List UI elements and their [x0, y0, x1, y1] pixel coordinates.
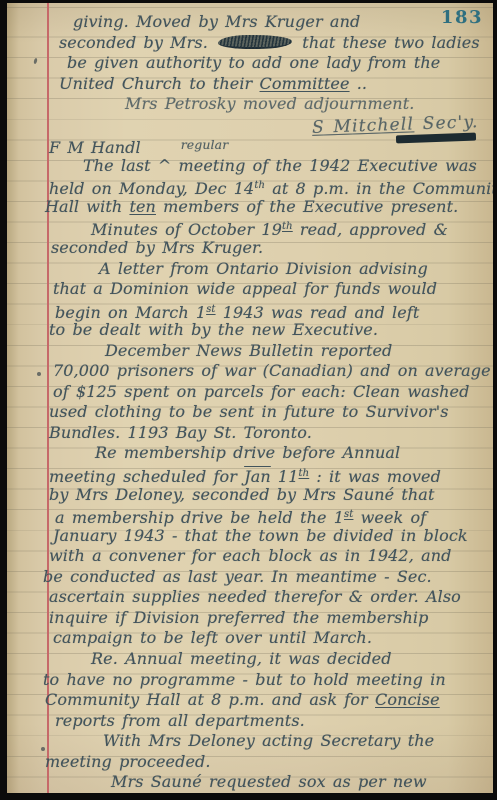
- handwriting-line: 70,000 prisoners of war (Canadian) and o…: [7, 361, 493, 382]
- handwriting-text: be given authority to add one lady from …: [67, 53, 440, 72]
- handwriting-text: th: [254, 180, 265, 191]
- handwriting-lines: giving. Moved by Mrs Kruger andseconded …: [7, 3, 493, 793]
- handwriting-line: Re membership drive before Annual: [7, 443, 493, 464]
- handwriting-text: inquire if Division preferred the member…: [49, 608, 428, 627]
- handwriting-line: Mrs Petrosky moved adjournment.: [7, 94, 493, 115]
- handwriting-line: The last ^ meeting of the 1942 Executive…: [7, 156, 493, 177]
- scratched-out-name: [218, 35, 292, 49]
- handwriting-text: begin on March 1: [55, 303, 206, 322]
- handwriting-text: of $125 spent on parcels for each: Clean…: [53, 382, 469, 401]
- handwriting-text: meeting proceeded.: [45, 752, 211, 771]
- handwriting-line: to have no programme - but to hold meeti…: [7, 670, 493, 691]
- handwriting-text: Mrs Sauné requested sox as per new: [111, 772, 427, 791]
- handwriting-text: at 8 p.m. in the Community: [265, 179, 493, 198]
- handwriting-line: Mrs Sauné requested sox as per new: [7, 772, 493, 793]
- handwriting-text: Concise: [375, 690, 440, 709]
- handwriting-text: meeting scheduled for: [49, 467, 244, 486]
- handwriting-text: Re. Annual meeting, it was decided: [91, 649, 392, 668]
- handwriting-text: Mrs Petrosky moved adjournment.: [125, 94, 414, 113]
- handwriting-text: Minutes of October 19: [91, 220, 282, 239]
- handwriting-text: A letter from Ontario Division advising: [99, 259, 428, 278]
- ink-speck: [37, 372, 41, 376]
- handwriting-line: seconded by Mrs Kruger.: [7, 238, 493, 259]
- handwriting-line: that a Dominion wide appeal for funds wo…: [7, 279, 493, 300]
- handwriting-text: ..: [350, 74, 368, 93]
- handwriting-text: th: [282, 221, 293, 232]
- handwriting-text: giving. Moved by Mrs Kruger and: [73, 12, 360, 31]
- handwriting-line: reports from all departments.: [7, 711, 493, 732]
- handwriting-text: S Mitchell: [312, 114, 415, 138]
- handwriting-text: used clothing to be sent in future to Su…: [49, 402, 449, 421]
- handwriting-line: Hall with ten members of the Executive p…: [7, 197, 493, 218]
- handwriting-text: ten: [129, 197, 156, 216]
- handwriting-text: Re membership drive before Annual: [95, 443, 400, 462]
- handwriting-text: January 1943 - that the town be divided …: [53, 526, 468, 545]
- handwriting-text: Sec'y.: [414, 112, 479, 134]
- handwriting-line: With Mrs Deloney acting Secretary the: [7, 731, 493, 752]
- ledger-paper: 183 giving. Moved by Mrs Kruger andsecon…: [7, 3, 493, 793]
- handwriting-text: 70,000 prisoners of war (Canadian) and o…: [53, 361, 491, 380]
- ink-speck: [41, 747, 45, 751]
- handwriting-text: reports from all departments.: [55, 711, 305, 730]
- handwriting-line: used clothing to be sent in future to Su…: [7, 402, 493, 423]
- handwriting-text: with a convener for each block as in 194…: [49, 546, 451, 565]
- handwriting-text: Jan: [244, 467, 271, 486]
- handwriting-text: 11: [271, 467, 299, 486]
- handwriting-text: Community Hall at 8 p.m. and ask for: [45, 690, 375, 709]
- handwriting-line: be given authority to add one lady from …: [7, 53, 493, 74]
- handwriting-line: Re. Annual meeting, it was decided: [7, 649, 493, 670]
- handwriting-text: st: [344, 509, 353, 520]
- handwriting-text: week of: [353, 508, 426, 527]
- handwriting-line: be conducted as last year. In meantime -…: [7, 567, 493, 588]
- handwriting-text: Hall with: [45, 197, 129, 216]
- handwriting-text: th: [299, 468, 310, 479]
- handwriting-text: be conducted as last year. In meantime -…: [43, 567, 432, 586]
- handwriting-text: United Church to their: [59, 74, 260, 93]
- handwriting-text: that these two ladies: [295, 33, 480, 52]
- handwriting-line: December News Bulletin reported: [7, 341, 493, 362]
- handwriting-text: to have no programme - but to hold meeti…: [43, 670, 446, 689]
- handwriting-text: to be dealt with by the new Executive.: [49, 320, 378, 339]
- handwriting-line: A letter from Ontario Division advising: [7, 259, 493, 280]
- handwriting-text: 1943 was read and left: [216, 303, 420, 322]
- handwriting-text: members of the Executive present.: [156, 197, 458, 216]
- handwriting-line: Community Hall at 8 p.m. and ask for Con…: [7, 690, 493, 711]
- handwriting-text: F M Handl: [49, 138, 141, 157]
- handwriting-line: to be dealt with by the new Executive.: [7, 320, 493, 341]
- handwriting-text: regular: [181, 137, 229, 152]
- handwriting-text: : it was moved: [309, 467, 441, 486]
- handwriting-text: ascertain supplies needed therefor & ord…: [49, 587, 461, 606]
- handwriting-text: by Mrs Deloney, seconded by Mrs Sauné th…: [49, 485, 434, 504]
- handwriting-line: United Church to their Committee ..: [7, 74, 493, 95]
- handwriting-line: meeting scheduled for Jan 11th : it was …: [7, 464, 493, 485]
- handwriting-text: With Mrs Deloney acting Secretary the: [103, 731, 434, 750]
- handwriting-text: seconded by Mrs Kruger.: [51, 238, 263, 257]
- handwriting-text: The last ^ meeting of the 1942 Executive…: [83, 156, 477, 175]
- handwriting-text: Committee: [260, 74, 350, 93]
- handwriting-line: Bundles. 1193 Bay St. Toronto.: [7, 423, 493, 444]
- handwriting-text: st: [206, 304, 215, 315]
- handwriting-line: giving. Moved by Mrs Kruger and: [7, 12, 493, 33]
- handwriting-text: campaign to be left over until March.: [53, 628, 372, 647]
- scanned-minutes-page: 183 giving. Moved by Mrs Kruger andsecon…: [0, 0, 497, 800]
- handwriting-line: Minutes of October 19th read, approved &: [7, 217, 493, 238]
- handwriting-text: December News Bulletin reported: [105, 341, 392, 360]
- handwriting-line: ascertain supplies needed therefor & ord…: [7, 587, 493, 608]
- handwriting-line: January 1943 - that the town be divided …: [7, 526, 493, 547]
- handwriting-line: held on Monday, Dec 14th at 8 p.m. in th…: [7, 176, 493, 197]
- handwriting-line: begin on March 1st 1943 was read and lef…: [7, 300, 493, 321]
- handwriting-line: with a convener for each block as in 194…: [7, 546, 493, 567]
- handwriting-line: a membership drive be held the 1st week …: [7, 505, 493, 526]
- handwriting-line: of $125 spent on parcels for each: Clean…: [7, 382, 493, 403]
- handwriting-line: by Mrs Deloney, seconded by Mrs Sauné th…: [7, 485, 493, 506]
- secretary-signature: S Mitchell Sec'y.: [7, 115, 493, 136]
- handwriting-text: seconded by Mrs.: [59, 33, 215, 52]
- handwriting-line: campaign to be left over until March.: [7, 628, 493, 649]
- handwriting-text: that a Dominion wide appeal for funds wo…: [53, 279, 437, 298]
- handwriting-line: inquire if Division preferred the member…: [7, 608, 493, 629]
- handwriting-text: a membership drive be held the 1: [55, 508, 344, 527]
- handwriting-text: Bundles. 1193 Bay St. Toronto.: [49, 423, 312, 442]
- handwriting-text: held on Monday, Dec 14: [49, 179, 254, 198]
- handwriting-line: meeting proceeded.: [7, 752, 493, 773]
- handwriting-line: seconded by Mrs. that these two ladies: [7, 33, 493, 54]
- handwriting-text: read, approved &: [293, 220, 448, 239]
